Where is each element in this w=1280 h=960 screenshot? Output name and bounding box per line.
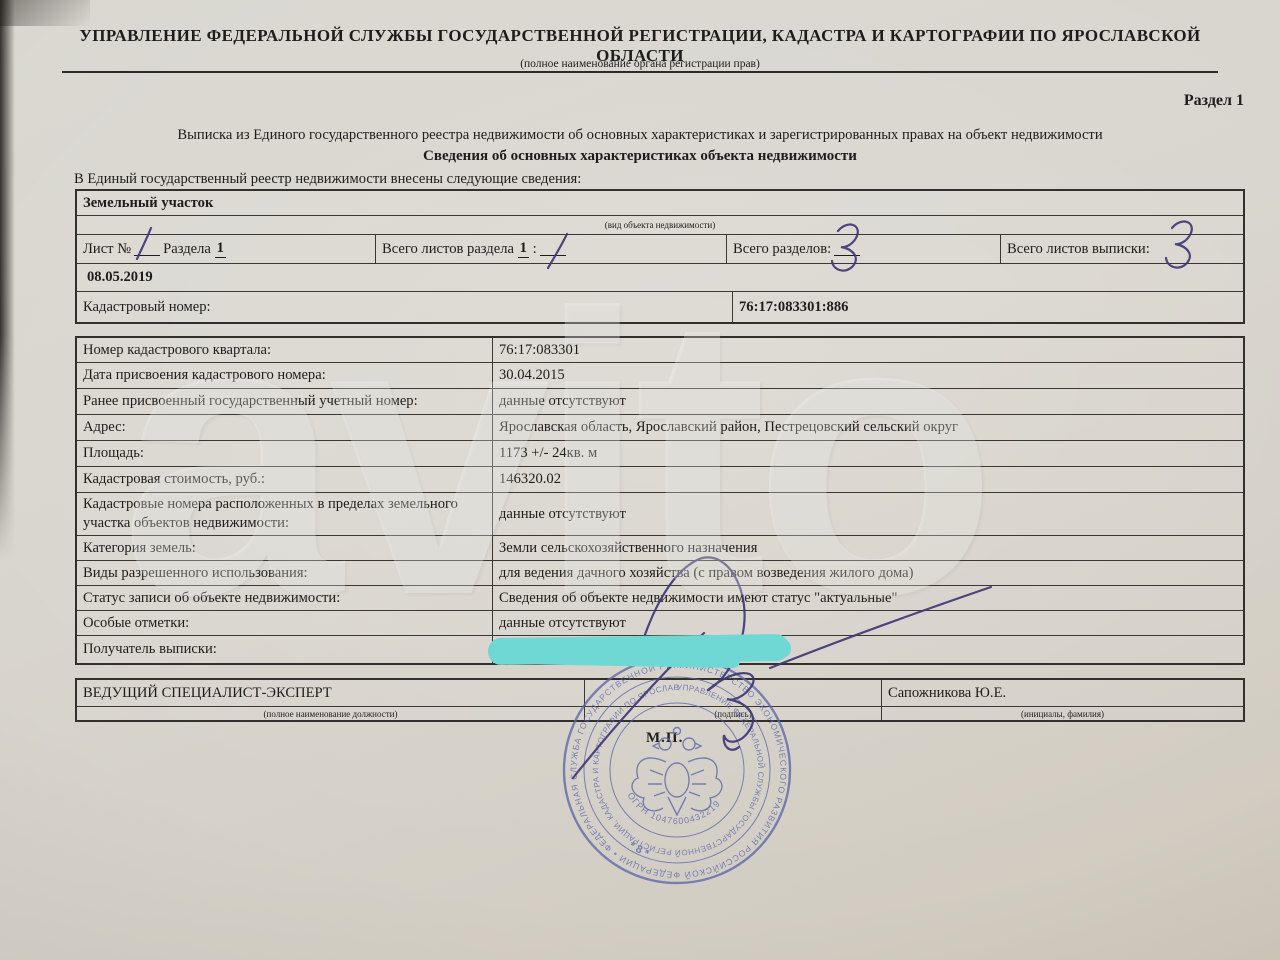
- sheets-in-section-printed: 1: [518, 240, 529, 258]
- sheet-counters-row: Лист № Раздела 1 Всего листов раздела 1 …: [77, 234, 1243, 263]
- stamp-counter-text: * 8 *: [627, 840, 652, 861]
- table-row: Адрес: Ярославская область, Ярославский …: [77, 414, 1243, 440]
- document-subtitle: (полное наименование органа регистрации …: [62, 58, 1218, 70]
- object-type-caption: (вид объекта недвижимости): [77, 216, 1243, 234]
- row-value: 1173 +/- 24кв. м: [492, 441, 1243, 466]
- table-row: Кадастровая стоимость, руб.: 146320.02: [77, 466, 1243, 492]
- sheets-in-section-label: Всего листов раздела: [382, 241, 514, 258]
- sheet-number-blank: [134, 243, 160, 256]
- extract-date: 08.05.2019: [77, 264, 1243, 291]
- details-table: Номер кадастрового квартала: 76:17:08330…: [75, 336, 1245, 665]
- redaction-marker-edge: [500, 650, 740, 668]
- cadastral-number-value: 76:17:083301:886: [732, 292, 1243, 322]
- row-value: Ярославская область, Ярославский район, …: [492, 415, 1243, 440]
- total-sections-label: Всего разделов:: [733, 241, 831, 258]
- cadastral-number-label: Кадастровый номер:: [77, 292, 732, 322]
- table-row: Дата присвоения кадастрового номера: 30.…: [77, 362, 1243, 388]
- total-sheets-cell: Всего листов выписки:: [1000, 235, 1243, 263]
- row-value: 146320.02: [492, 467, 1243, 492]
- table-row: Площадь: 1173 +/- 24кв. м: [77, 440, 1243, 466]
- table-row: Категория земель: Земли сельскохозяйстве…: [77, 535, 1243, 560]
- signature-cell: [584, 680, 881, 706]
- row-value: 30.04.2015: [492, 363, 1243, 388]
- signer-name: Сапожникова Ю.Е.: [881, 680, 1243, 706]
- row-value: данные отсутствуют: [492, 611, 1243, 635]
- section-word: Раздела: [163, 241, 211, 258]
- object-type-row: Земельный участок: [77, 191, 1243, 215]
- extract-description: Выписка из Единого государственного реес…: [40, 127, 1240, 144]
- name-caption: (инициалы, фамилия): [881, 707, 1243, 720]
- row-value: 76:17:083301: [492, 338, 1243, 362]
- photo-left-edge: [0, 0, 15, 560]
- row-label: Виды разрешенного использования:: [77, 561, 492, 585]
- register-note: В Единый государственный реестр недвижим…: [74, 171, 581, 188]
- colon: :: [533, 241, 537, 258]
- row-label: Кадастровые номера расположенных в преде…: [77, 493, 492, 535]
- section-number: 1: [215, 240, 226, 258]
- total-sections-blank: [834, 243, 860, 256]
- position-caption: (полное наименование должности): [77, 707, 584, 720]
- signature-table: ВЕДУЩИЙ СПЕЦИАЛИСТ-ЭКСПЕРТ Сапожникова Ю…: [75, 678, 1245, 722]
- sign-caption: (подпись): [584, 707, 881, 720]
- sheet-number-label: Лист №: [83, 241, 131, 258]
- date-row: 08.05.2019: [77, 263, 1243, 291]
- extract-subtitle: Сведения об основных характеристиках объ…: [40, 148, 1240, 165]
- sheet-number-cell: Лист № Раздела 1: [77, 235, 375, 263]
- section-label: Раздел 1: [1184, 92, 1244, 110]
- row-label: Получатель выписки:: [77, 636, 492, 663]
- object-type: Земельный участок: [77, 191, 1243, 215]
- sheets-in-section-cell: Всего листов раздела 1 :: [375, 235, 726, 263]
- signature-caption-row: (полное наименование должности) (подпись…: [77, 706, 1243, 720]
- table-row: Статус записи об объекте недвижимости: С…: [77, 585, 1243, 610]
- table-row: Кадастровые номера расположенных в преде…: [77, 492, 1243, 535]
- table-row: Особые отметки: данные отсутствуют: [77, 610, 1243, 635]
- row-label: Особые отметки:: [77, 611, 492, 635]
- total-sheets-label: Всего листов выписки:: [1007, 241, 1150, 258]
- seal-place-mark: М.П.: [646, 730, 683, 747]
- row-label: Адрес:: [77, 415, 492, 440]
- row-label: Дата присвоения кадастрового номера:: [77, 363, 492, 388]
- signer-position: ВЕДУЩИЙ СПЕЦИАЛИСТ-ЭКСПЕРТ: [77, 680, 584, 706]
- row-value: данные отсутствуют: [492, 389, 1243, 414]
- table-row: Номер кадастрового квартала: 76:17:08330…: [77, 338, 1243, 362]
- table-row: Виды разрешенного использования: для вед…: [77, 560, 1243, 585]
- table-row: Ранее присвоенный государственный учетны…: [77, 388, 1243, 414]
- cadastral-number-row: Кадастровый номер: 76:17:083301:886: [77, 291, 1243, 322]
- total-sections-cell: Всего разделов:: [726, 235, 1000, 263]
- row-value: Сведения об объекте недвижимости имеют с…: [492, 586, 1243, 610]
- document-page: УПРАВЛЕНИЕ ФЕДЕРАЛЬНОЙ СЛУЖБЫ ГОСУДАРСТВ…: [0, 0, 1280, 960]
- row-label: Номер кадастрового квартала:: [77, 338, 492, 362]
- row-label: Площадь:: [77, 441, 492, 466]
- row-label: Категория земель:: [77, 536, 492, 560]
- photo-corner-shade: [0, 0, 90, 26]
- signature-main-row: ВЕДУЩИЙ СПЕЦИАЛИСТ-ЭКСПЕРТ Сапожникова Ю…: [77, 680, 1243, 706]
- row-label: Статус записи об объекте недвижимости:: [77, 586, 492, 610]
- row-value: Земли сельскохозяйственного назначения: [492, 536, 1243, 560]
- sheets-in-section-blank: [540, 243, 566, 256]
- svg-text:ОГРН 1047600432219: ОГРН 1047600432219: [626, 791, 723, 826]
- row-label: Кадастровая стоимость, руб.:: [77, 467, 492, 492]
- row-label: Ранее присвоенный государственный учетны…: [77, 389, 492, 414]
- object-box-table: Земельный участок (вид объекта недвижимо…: [75, 189, 1245, 324]
- object-type-caption-row: (вид объекта недвижимости): [77, 215, 1243, 234]
- row-value: для ведения дачного хозяйства (с правом …: [492, 561, 1243, 585]
- row-value: данные отсутствуют: [492, 493, 1243, 535]
- stamp-ogrn-text: ОГРН 1047600432219: [626, 791, 723, 826]
